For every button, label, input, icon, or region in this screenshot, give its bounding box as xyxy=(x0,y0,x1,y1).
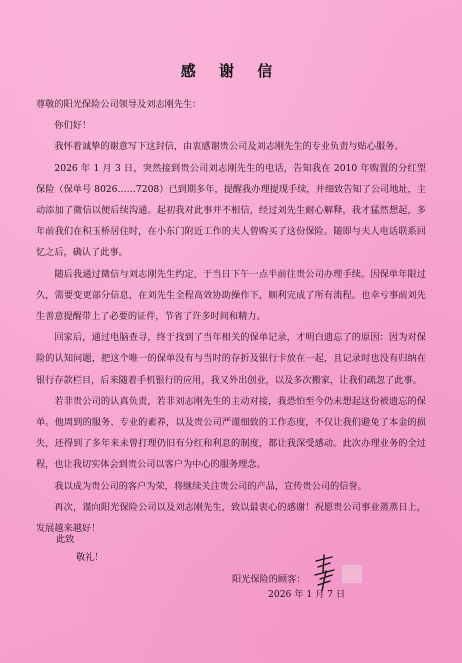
letter-date: 2026 年 1 月 7 日 xyxy=(268,586,345,600)
paragraph: 随后我通过微信与刘志刚先生约定，于当日下午一点半前往贵公司办理手续。因保单年限过… xyxy=(36,264,426,328)
letter-title: 感 谢 信 xyxy=(0,60,462,81)
paragraph: 我以成为贵公司的客户为荣，将继续关注贵公司的产品，宣传贵公司的信誉。 xyxy=(36,476,426,497)
paragraph: 2026 年 1 月 3 日，突然接到贵公司刘志刚先生的电话，告知我在 2010… xyxy=(36,158,426,264)
greeting: 你们好！ xyxy=(36,115,426,136)
paragraph: 回家后，通过电脑查寻，终于找到了当年相关的保单记录，才明白遗忘了的原因：因为对保… xyxy=(36,327,426,391)
paragraph: 我怀着诚挚的谢意写下这封信，由衷感谢贵公司及刘志刚先生的专业负责与贴心服务。 xyxy=(36,136,426,157)
closing-text: 此致 xyxy=(56,531,104,549)
letter-body: 尊敬的阳光保险公司领导及刘志刚先生： 你们好！ 我怀着诚挚的谢意写下这封信，由衷… xyxy=(36,94,426,539)
paragraph: 若非贵公司的认真负责，若非刘志刚先生的主动对接，我恐怕至今仍未想起这份被遗忘的保… xyxy=(36,391,426,476)
signer-label: 阳光保险的顾客： xyxy=(232,571,306,585)
salutation: 尊敬的阳光保险公司领导及刘志刚先生： xyxy=(36,94,426,115)
redacted-name-block xyxy=(342,565,362,583)
letter-page: 感 谢 信 尊敬的阳光保险公司领导及刘志刚先生： 你们好！ 我怀着诚挚的谢意写下… xyxy=(0,0,462,663)
regards-text: 敬礼！ xyxy=(56,549,104,567)
closing-block: 此致 敬礼！ xyxy=(56,531,104,567)
